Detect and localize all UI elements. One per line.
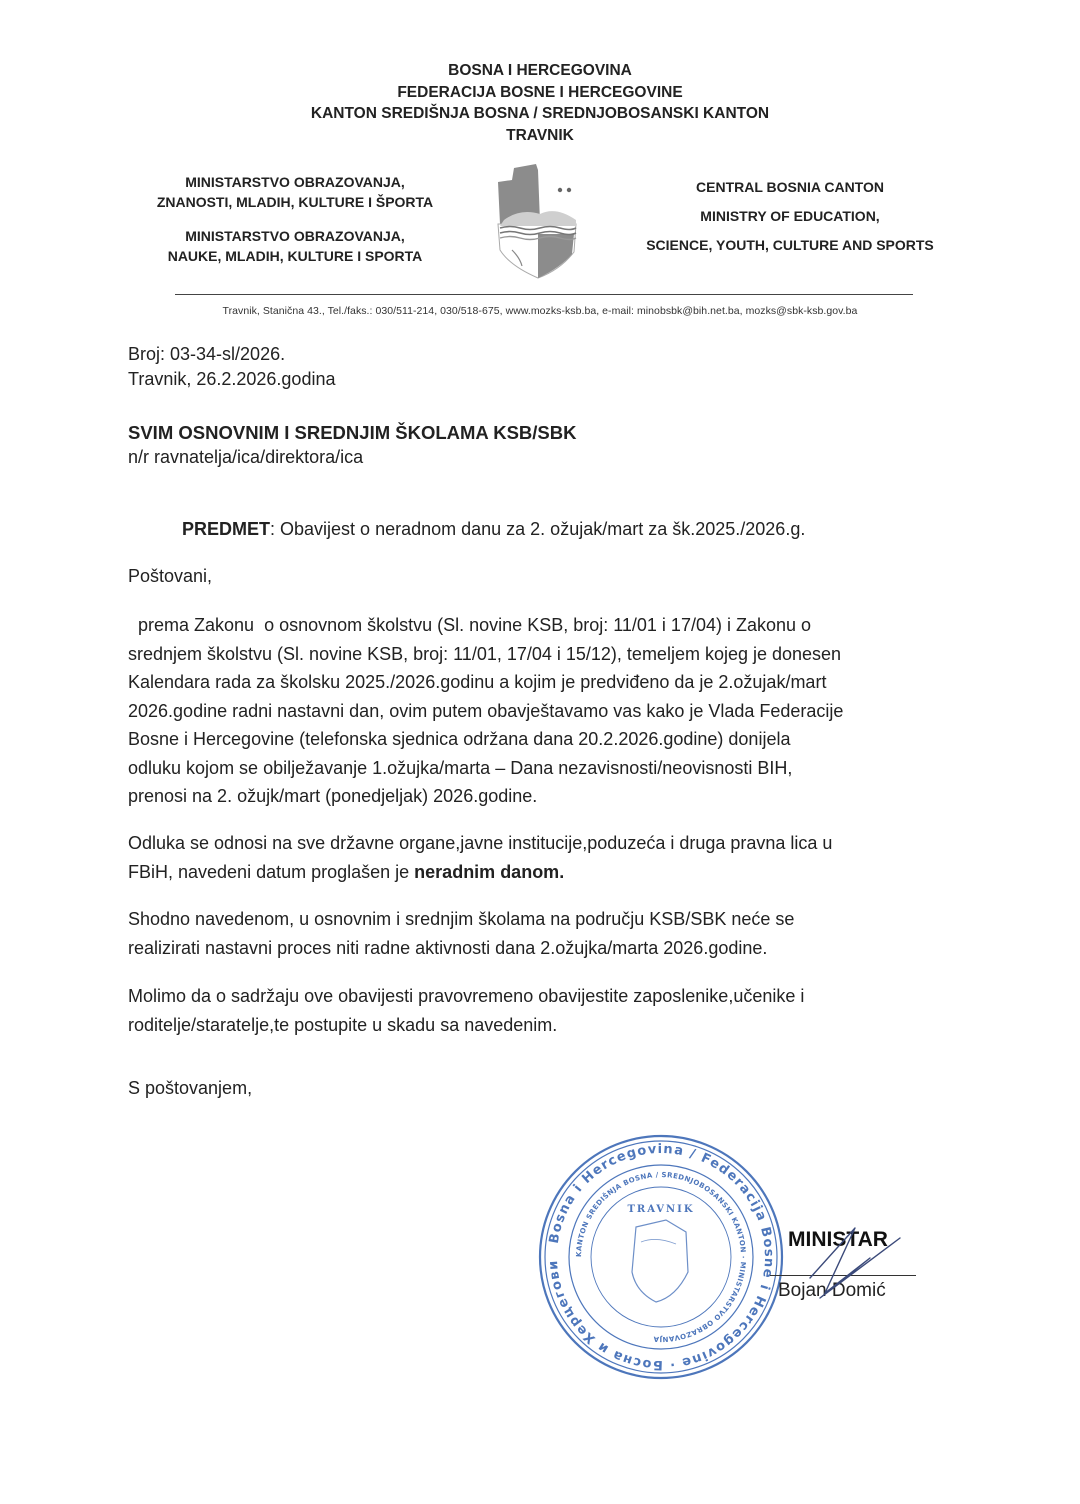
handwritten-signature-icon xyxy=(800,1218,920,1303)
header-canton: KANTON SREDIŠNJA BOSNA / SREDNJOBOSANSKI… xyxy=(0,103,1080,125)
text-line: prema Zakonu o osnovnom školstvu (Sl. no… xyxy=(128,611,998,640)
text-line: odluku kojom se obilježavanje 1.ožujka/m… xyxy=(128,754,998,783)
text-line: Shodno navedenom, u osnovnim i srednjim … xyxy=(128,905,998,934)
ministry-line: CENTRAL BOSNIA CANTON xyxy=(605,173,975,202)
ministry-line: SCIENCE, YOUTH, CULTURE AND SPORTS xyxy=(605,231,975,260)
text-line: Kalendara rada za školsku 2025./2026.god… xyxy=(128,668,998,697)
subject-line: PREDMET: Obavijest o neradnom danu za 2.… xyxy=(182,519,805,540)
text-line: Odluka se odnosi na sve državne organe,j… xyxy=(128,829,998,858)
ministry-line: MINISTARSTVO OBRAZOVANJA, xyxy=(115,226,475,246)
text-line: roditelje/staratelje,te postupite u skad… xyxy=(128,1011,998,1040)
ministry-name-local: MINISTARSTVO OBRAZOVANJA, ZNANOSTI, MLAD… xyxy=(115,172,475,266)
ministry-name-english: CENTRAL BOSNIA CANTON MINISTRY OF EDUCAT… xyxy=(605,173,975,260)
subject-label: PREDMET xyxy=(182,519,270,539)
text-line: srednjem školstvu (Sl. novine KSB, broj:… xyxy=(128,640,998,669)
emphasis-non-working-day: neradnim danom. xyxy=(414,862,564,882)
header-city: TRAVNIK xyxy=(0,125,1080,147)
reference-block: Broj: 03-34-sl/2026. Travnik, 26.2.2026.… xyxy=(128,342,335,392)
contact-info: Travnik, Stanična 43., Tel./faks.: 030/5… xyxy=(0,305,1080,317)
text-line: realizirati nastavni proces niti radne a… xyxy=(128,934,998,963)
svg-text:KANTON SREDIŠNJA BOSNA / SREDN: KANTON SREDIŠNJA BOSNA / SREDNJOBOSANSKI… xyxy=(575,1171,747,1343)
document-header: BOSNA I HERCEGOVINA FEDERACIJA BOSNE I H… xyxy=(0,60,1080,146)
header-divider xyxy=(175,294,913,295)
text-line: prenosi na 2. ožujk/mart (ponedjeljak) 2… xyxy=(128,782,998,811)
paragraph-request: Molimo da o sadržaju ove obavijesti prav… xyxy=(128,982,998,1039)
ministry-line: MINISTRY OF EDUCATION, xyxy=(605,202,975,231)
text-line: Bosne i Hercegovine (telefonska sjednica… xyxy=(128,725,998,754)
text-fragment: FBiH, navedeni datum proglašen je xyxy=(128,862,414,882)
header-federation: FEDERACIJA BOSNE I HERCEGOVINE xyxy=(0,82,1080,104)
closing-salutation: S poštovanjem, xyxy=(128,1078,252,1099)
place-date: Travnik, 26.2.2026.godina xyxy=(128,367,335,392)
greeting: Poštovani, xyxy=(128,566,212,587)
ministry-croatian: MINISTARSTVO OBRAZOVANJA, ZNANOSTI, MLAD… xyxy=(115,172,475,212)
paragraph-decision-scope: Odluka se odnosi na sve državne organe,j… xyxy=(128,829,998,886)
ministry-line: MINISTARSTVO OBRAZOVANJA, xyxy=(115,172,475,192)
header-country: BOSNA I HERCEGOVINA xyxy=(0,60,1080,82)
recipient-block: SVIM OSNOVNIM I SREDNJIM ŠKOLAMA KSB/SBK… xyxy=(128,420,577,470)
ministry-line: NAUKE, MLADIH, KULTURE I SPORTA xyxy=(115,246,475,266)
ministry-bosnian: MINISTARSTVO OBRAZOVANJA, NAUKE, MLADIH,… xyxy=(115,226,475,266)
recipient-name: SVIM OSNOVNIM I SREDNJIM ŠKOLAMA KSB/SBK xyxy=(128,420,577,445)
paragraph-schools-closed: Shodno navedenom, u osnovnim i srednjim … xyxy=(128,905,998,962)
recipient-attention: n/r ravnatelja/ica/direktora/ica xyxy=(128,445,577,470)
subject-text: : Obavijest o neradnom danu za 2. ožujak… xyxy=(270,519,805,539)
text-line: 2026.godine radni nastavni dan, ovim put… xyxy=(128,697,998,726)
svg-text:TRAVNIK: TRAVNIK xyxy=(627,1204,694,1215)
ministry-line: ZNANOSTI, MLADIH, KULTURE I ŠPORTA xyxy=(115,192,475,212)
text-line: Molimo da o sadržaju ove obavijesti prav… xyxy=(128,982,998,1011)
canton-coat-of-arms-icon xyxy=(490,162,580,280)
official-round-stamp-icon: Bosna i Hercegovina / Federacija Bosne i… xyxy=(536,1132,786,1382)
paragraph-legal-basis: prema Zakonu o osnovnom školstvu (Sl. no… xyxy=(128,611,998,811)
text-line: FBiH, navedeni datum proglašen je neradn… xyxy=(128,858,998,887)
reference-number: Broj: 03-34-sl/2026. xyxy=(128,342,335,367)
